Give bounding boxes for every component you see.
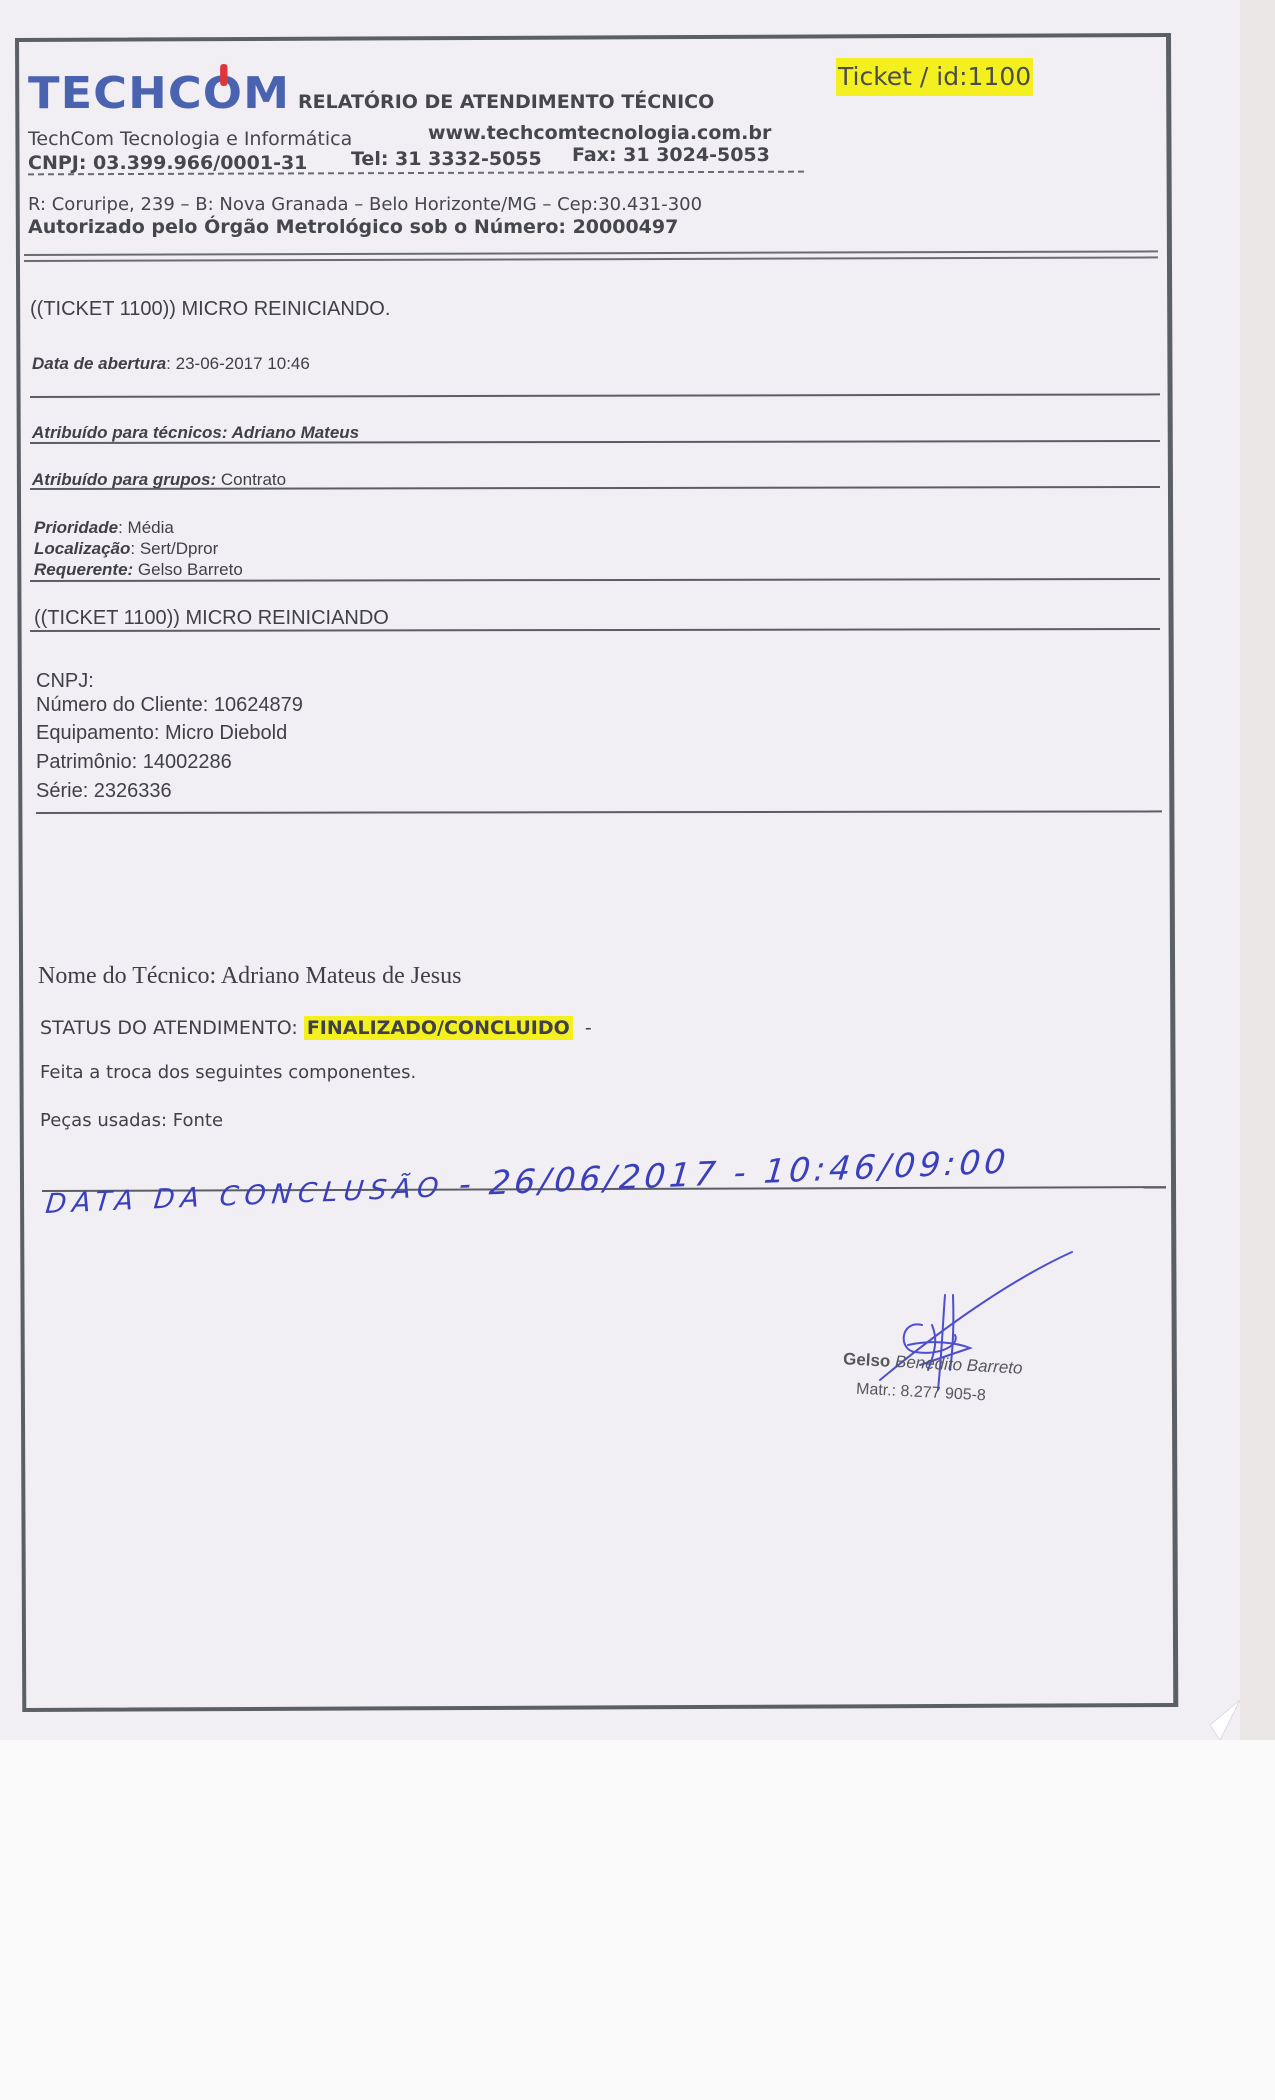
power-icon: O (203, 68, 243, 119)
opening-date-field: Data de abertura: 23-06-2017 10:46 (32, 354, 310, 374)
metrology-authorization: Autorizado pelo Órgão Metrológico sob o … (28, 216, 678, 238)
status-badge: FINALIZADO/CONCLUIDO (304, 1016, 573, 1040)
corner-fold (1210, 1700, 1240, 1740)
company-address: R: Coruripe, 239 – B: Nova Granada – Bel… (28, 194, 702, 215)
priority-value: : Média (118, 518, 174, 537)
company-phone: Tel: 31 3332-5055 (351, 148, 542, 170)
logo-text: TECHC (28, 68, 203, 119)
scan-edge (1240, 0, 1275, 1740)
work-description: Feita a troca dos seguintes componentes. (40, 1062, 416, 1083)
stamp-first-name: Gelso (843, 1349, 891, 1370)
client-cnpj: CNPJ: (36, 670, 94, 693)
location-value: : Sert/Dpror (130, 539, 218, 558)
assigned-technicians-field: Atribuído para técnicos: Adriano Mateus (32, 423, 359, 443)
company-fax: Fax: 31 3024-5053 (572, 144, 770, 166)
location-label: Localização (34, 539, 130, 558)
techcom-logo: TECHCOM (28, 68, 290, 119)
requester-value: Gelso Barreto (133, 560, 243, 579)
asset-number: Patrimônio: 14002286 (36, 751, 232, 774)
ticket-title: ((TICKET 1100)) MICRO REINICIANDO. (30, 298, 390, 321)
status-label: STATUS DO ATENDIMENTO: (40, 1017, 304, 1039)
requester-label: Requerente: (34, 560, 133, 579)
description-title: ((TICKET 1100)) MICRO REINICIANDO (34, 607, 389, 630)
assigned-technicians: Atribuído para técnicos: Adriano Mateus (32, 423, 359, 442)
parts-used: Peças usadas: Fonte (40, 1110, 223, 1131)
requester-field: Requerente: Gelso Barreto (34, 560, 243, 580)
company-name: TechCom Tecnologia e Informática (28, 128, 352, 150)
company-cnpj: CNPJ: 03.399.966/0001-31 (28, 152, 307, 174)
service-status: STATUS DO ATENDIMENTO: FINALIZADO/CONCLU… (40, 1017, 592, 1039)
equipment: Equipamento: Micro Diebold (36, 722, 287, 745)
client-number: Número do Cliente: 10624879 (36, 694, 303, 717)
status-suffix: - (573, 1017, 592, 1039)
priority-field: Prioridade: Média (34, 518, 174, 538)
assigned-groups-label: Atribuído para grupos: (32, 470, 216, 489)
opening-date-label: Data de abertura (32, 354, 166, 373)
ticket-id-badge: Ticket / id:1100 (836, 58, 1033, 96)
technician-name: Nome do Técnico: Adriano Mateus de Jesus (38, 963, 461, 990)
opening-date-value: : 23-06-2017 10:46 (166, 354, 310, 373)
company-website: www.techcomtecnologia.com.br (428, 122, 771, 144)
location-field: Localização: Sert/Dpror (34, 539, 218, 559)
logo-text-end: M (243, 68, 290, 119)
document-title: RELATÓRIO DE ATENDIMENTO TÉCNICO (298, 91, 714, 113)
assigned-groups-value: Contrato (216, 470, 286, 489)
report-frame (15, 33, 1178, 1712)
serial-number: Série: 2326336 (36, 780, 172, 803)
priority-label: Prioridade (34, 518, 118, 537)
